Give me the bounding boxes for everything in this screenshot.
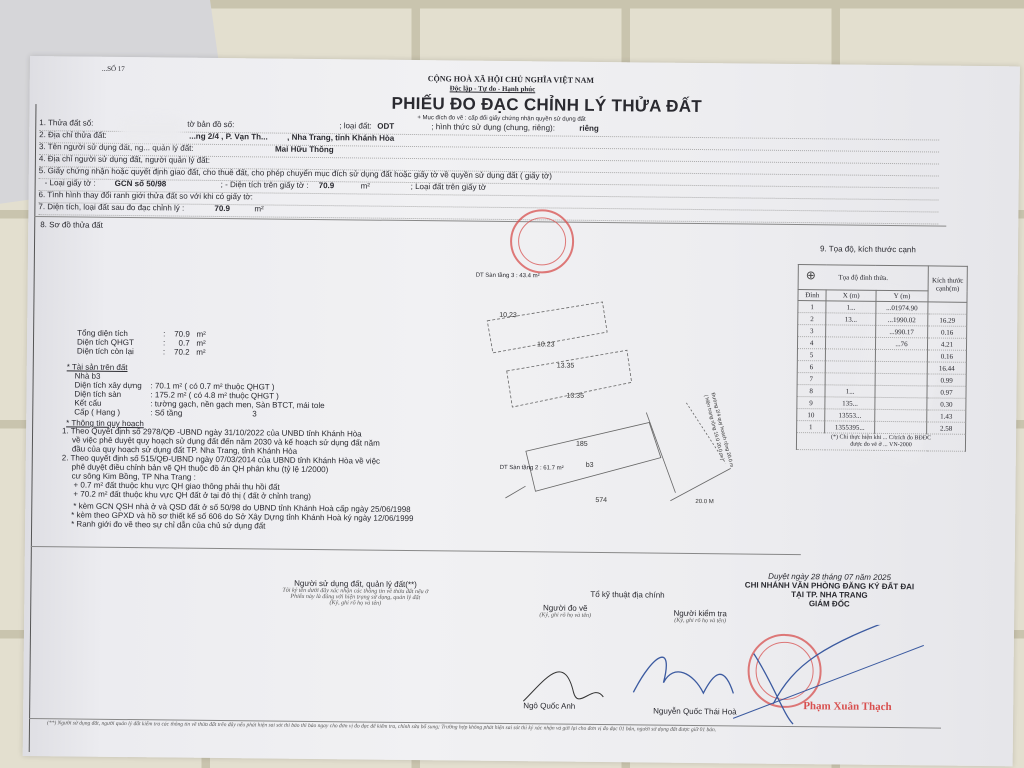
vertex-cell: 6: [797, 361, 825, 373]
dimension-label: 13.35: [557, 363, 575, 370]
edge-length-cell: [928, 302, 967, 314]
edge-length-cell: 16.44: [927, 362, 966, 374]
grade-label: Cấp ( Hạng ): [74, 407, 150, 417]
vertex-cell: 1: [798, 301, 826, 313]
address-ward: , P. Vạn Th...: [221, 132, 268, 141]
surveyor-block: Người đo vẽ (Ký, ghi rõ họ và tên): [530, 603, 600, 619]
y-coord-cell: [875, 397, 927, 410]
area-after-value: 70.9: [214, 204, 230, 213]
storeys-label: Số tầng: [155, 408, 183, 417]
remaining-area-label: Diện tích còn lại: [77, 347, 163, 357]
edge-length-cell: 0.30: [927, 398, 966, 410]
dimension-label: 13.35: [566, 393, 584, 400]
unit: m²: [196, 339, 205, 348]
y-header: Y (m): [876, 290, 928, 302]
boundary-change-label: 6. Tình hình thay đổi ranh giới thửa đất…: [39, 190, 253, 201]
y-coord-cell: ...990.17: [876, 325, 928, 338]
remaining-area-value: 70.2: [174, 348, 190, 357]
traffic-area-value: 0.7: [179, 339, 190, 348]
neighbor-parcel-label: 574: [595, 497, 607, 504]
x-coord-cell: [825, 373, 875, 386]
republic-name: CỘNG HOÀ XÃ HỘI CHỦ NGHĨA VIỆT NAM: [428, 74, 594, 85]
doc-area-unit: m²: [361, 181, 370, 190]
doc-landtype-label: ; Loại đất trên giấy tờ: [411, 182, 487, 192]
address-label: 2. Địa chỉ thửa đất:: [39, 130, 107, 140]
floor3-area-label: DT Sàn tầng 3 : 43.4 m²: [476, 273, 540, 280]
dimension-label: 10.23: [499, 312, 517, 319]
x-coord-cell: 1...: [826, 301, 876, 314]
form-number: ...SỐ 17: [102, 65, 125, 73]
parcel-sketch: 10.23 10.23 13.35 13.35 185 b3 574 20.0 …: [425, 260, 768, 514]
coords-heading: 9. Tọa độ, kích thước cạnh: [820, 244, 916, 254]
vertex-header: Đỉnh: [798, 290, 826, 301]
x-coord-cell: [826, 337, 876, 350]
unit: m²: [196, 330, 205, 339]
doc-type-value: GCN số 50/98: [115, 179, 167, 189]
y-coord-cell: [875, 385, 927, 398]
unit: m²: [196, 348, 205, 357]
handwritten-signatures: [503, 621, 924, 735]
x-coord-cell: 13553...: [825, 409, 875, 422]
neighbor-parcel-label: 185: [576, 441, 588, 448]
x-coord-cell: 1...: [825, 385, 875, 398]
doc-area-value: 70.9: [319, 181, 335, 190]
tech-team-title: Tổ kỹ thuật địa chính: [590, 590, 664, 600]
address-city: , Nha Trang, tỉnh Khánh Hòa: [287, 133, 394, 143]
floor2-area-label: DT Sàn tầng 2 : 61.7 m²: [500, 465, 564, 472]
motto: Độc lập - Tự do - Hạnh phúc: [450, 84, 536, 93]
x-header: X (m): [826, 290, 876, 302]
x-coord-cell: [826, 349, 876, 362]
area-summary: Tổng diện tích: 70.9 m² Diện tích QHGT: …: [77, 329, 206, 357]
planning-block: 1. Theo Quyết định số 2978/QĐ -UBND ngày…: [61, 426, 414, 532]
x-coord-cell: 13...: [826, 313, 876, 326]
edge-length-cell: 1.43: [927, 410, 966, 422]
edge-length-cell: 2.58: [927, 422, 966, 434]
y-coord-cell: [875, 373, 927, 386]
y-coord-cell: ...1990.02: [876, 313, 928, 326]
y-coord-cell: [875, 361, 927, 374]
vertex-cell: 3: [798, 325, 826, 337]
redacted-region: [119, 117, 183, 144]
total-area-value: 70.9: [174, 330, 190, 339]
coords-footnote: được đo vẽ ở ... VN-2000: [800, 441, 962, 450]
land-type-label: ; loại đất:: [339, 121, 372, 130]
dimension-label: 10.23: [537, 341, 555, 348]
owner-label: 3. Tên người sử dụng đất, ng... quản lý …: [39, 142, 194, 153]
approval-block: Duyệt ngày 28 tháng 07 năm 2025 CHI NHÁN…: [734, 571, 924, 609]
edge-length-cell: 0.16: [927, 350, 966, 362]
storeys-value: 3: [252, 409, 257, 418]
y-coord-cell: [875, 349, 927, 362]
x-coord-cell: 135...: [825, 397, 875, 410]
address-street: ...ng 2/4: [189, 132, 219, 141]
document-title: PHIẾU ĐO ĐẠC CHỈNH LÝ THỬA ĐẤT: [391, 94, 702, 117]
edge-length-header: Kích thước cạnh(m): [928, 266, 967, 302]
surveyor-note: (Ký, ghi rõ họ và tên): [530, 612, 600, 619]
road-width-label: 20.0 M: [695, 499, 713, 505]
usage-form-value: riêng: [579, 124, 599, 133]
coordinates-table: Tọa độ đỉnh thửa. Kích thước cạnh(m) Đỉn…: [796, 264, 968, 452]
vertex-cell: 4: [797, 337, 825, 349]
edge-length-cell: 0.97: [927, 386, 966, 398]
vertex-cell: 7: [797, 373, 825, 385]
doc-type-label: - Loại giấy tờ :: [45, 178, 96, 188]
y-coord-cell: [875, 421, 927, 434]
document-sheet: ...SỐ 17 CỘNG HOÀ XÃ HỘI CHỦ NGHĨA VIỆT …: [23, 56, 1020, 766]
coords-body: 11......01974.90213......1990.0216.293..…: [797, 301, 967, 435]
owner-address-label: 4. Địa chỉ người sử dụng đất, người quản…: [39, 154, 210, 165]
edge-length-cell: 16.29: [928, 314, 967, 326]
edge-length-cell: 4.21: [927, 338, 966, 350]
vertex-cell: 5: [797, 349, 825, 361]
red-seal-stamp: [510, 209, 575, 274]
edge-length-cell: 0.16: [928, 326, 967, 338]
vertex-cell: 2: [798, 313, 826, 325]
vertex-cell: 10: [797, 409, 825, 421]
owner-name: Mai Hữu Thông: [275, 145, 334, 155]
vertex-cell: 1: [797, 421, 825, 433]
assets-block: * Tài sản trên đất Nhà b3 Diện tích xây …: [66, 362, 325, 430]
x-coord-cell: [826, 325, 876, 338]
area-after-unit: m²: [254, 204, 263, 213]
parcel-diagram-heading: 8. Sơ đồ thửa đất: [40, 220, 103, 230]
edge-length-cell: 0.99: [927, 374, 966, 386]
y-coord-cell: ...01974.90: [876, 301, 928, 314]
doc-area-label: ; - Diện tích trên giấy tờ :: [221, 180, 309, 190]
vertex-cell: 9: [797, 397, 825, 409]
y-coord-cell: [875, 409, 927, 422]
land-type-value: ODT: [377, 122, 394, 131]
usage-form-label: ; hình thức sử dụng (chung, riêng):: [431, 122, 555, 132]
area-after-label: 7. Diện tích, loại đất sau đo đạc chỉnh …: [38, 202, 184, 213]
coords-header: Tọa độ đỉnh thửa.: [798, 265, 928, 291]
x-coord-cell: 1355395...: [825, 421, 875, 434]
x-coord-cell: [826, 361, 876, 374]
vertex-cell: 8: [797, 385, 825, 397]
y-coord-cell: ...76: [875, 337, 927, 350]
parcel-number-label: 1. Thửa đất số:: [39, 118, 93, 128]
map-sheet-label: tờ bản đồ số:: [187, 120, 234, 129]
land-user-signature-block: Người sử dụng đất, quản lý đất(**) Tôi k…: [280, 579, 430, 608]
parcel-label: b3: [586, 462, 594, 469]
